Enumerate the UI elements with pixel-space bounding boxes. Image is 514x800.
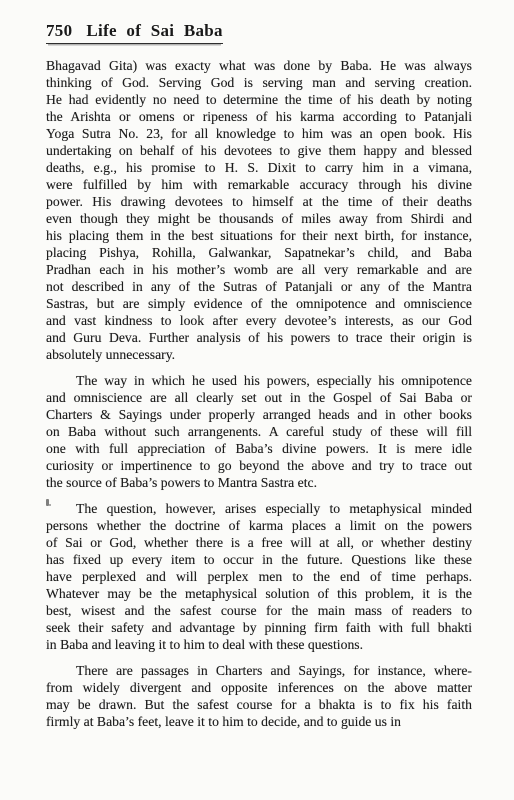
text-line: the Arishta or omens or ripeness of his … [46,108,472,125]
text-line: on Baba without such arrangenents. A car… [46,423,472,440]
text-line: He had evidently no need to determine th… [46,91,472,108]
paragraph: There are passages in Charters and Sayin… [46,662,472,730]
text-line: absolutely unnecessary. [46,346,472,363]
text-line: has fixed up every item to occur in the … [46,551,472,568]
paragraph: Bhagavad Gita) was exacty what was done … [46,57,472,363]
paragraph: The way in which he used his powers, esp… [46,372,472,491]
page-number: 750 [46,21,72,40]
text-line: Yoga Sutra No. 23, for all knowledge to … [46,125,472,142]
text-line: his placing them in the best situations … [46,227,472,244]
text-line: of Sai or God, whether there is a free w… [46,534,472,551]
text-line: have perplexed and will perplex men to t… [46,568,472,585]
text-line: from widely divergent and opposite infer… [46,679,472,696]
text-line: were fulfilled by him with remarkable ac… [46,176,472,193]
text-line: thinking of God. Serving God is serving … [46,74,472,91]
book-title: Life of Sai Baba [86,21,222,40]
text-line: and vast kindness to look after every de… [46,312,472,329]
text-line: undertaking on behalf of his devotees to… [46,142,472,159]
text-line: Bhagavad Gita) was exacty what was done … [46,57,472,74]
text-line: persons whether the doctrine of karma pl… [46,517,472,534]
text-body: Bhagavad Gita) was exacty what was done … [46,57,472,730]
text-line: Sastras, but are simply evidence of the … [46,295,472,312]
text-line: even though they might be thousands of m… [46,210,472,227]
text-line: curiosity or impertinence to go beyond t… [46,457,472,474]
text-line: Pradhan each in his mother’s womb are al… [46,261,472,278]
text-line: placing Pishya, Rohilla, Galwankar, Sapa… [46,244,472,261]
text-line: The question, however, arises especially… [46,500,472,517]
book-page: 750Life of Sai Baba Bhagavad Gita) was e… [0,0,514,800]
text-line: one with full appreciation of Baba’s div… [46,440,472,457]
text-line: deaths, e.g., his promise to H. S. Dixit… [46,159,472,176]
text-line: Whatever may be the metaphysical solutio… [46,585,472,602]
text-line: power. His drawing devotees to himself a… [46,193,472,210]
text-line: may be drawn. But the safest course for … [46,696,472,713]
text-line: There are passages in Charters and Sayin… [46,662,472,679]
text-line: best, wisest and the safest course for t… [46,602,472,619]
text-line: not described in any of the Sutras of Pa… [46,278,472,295]
text-line: and Guru Deva. Further analysis of his p… [46,329,472,346]
text-line: firmly at Baba’s feet, leave it to him t… [46,713,472,730]
running-header: 750Life of Sai Baba [46,21,223,44]
text-line: seek their safety and advantage by pinni… [46,619,472,636]
text-line: and omniscience are all clearly set out … [46,389,472,406]
paragraph: The question, however, arises especially… [46,500,472,653]
text-line: The way in which he used his powers, esp… [46,372,472,389]
text-line: the source of Baba’s powers to Mantra Sa… [46,474,472,491]
text-line: in Baba and leaving it to him to deal wi… [46,636,472,653]
text-line: Charters & Sayings under properly arrang… [46,406,472,423]
scan-speck [46,499,49,506]
